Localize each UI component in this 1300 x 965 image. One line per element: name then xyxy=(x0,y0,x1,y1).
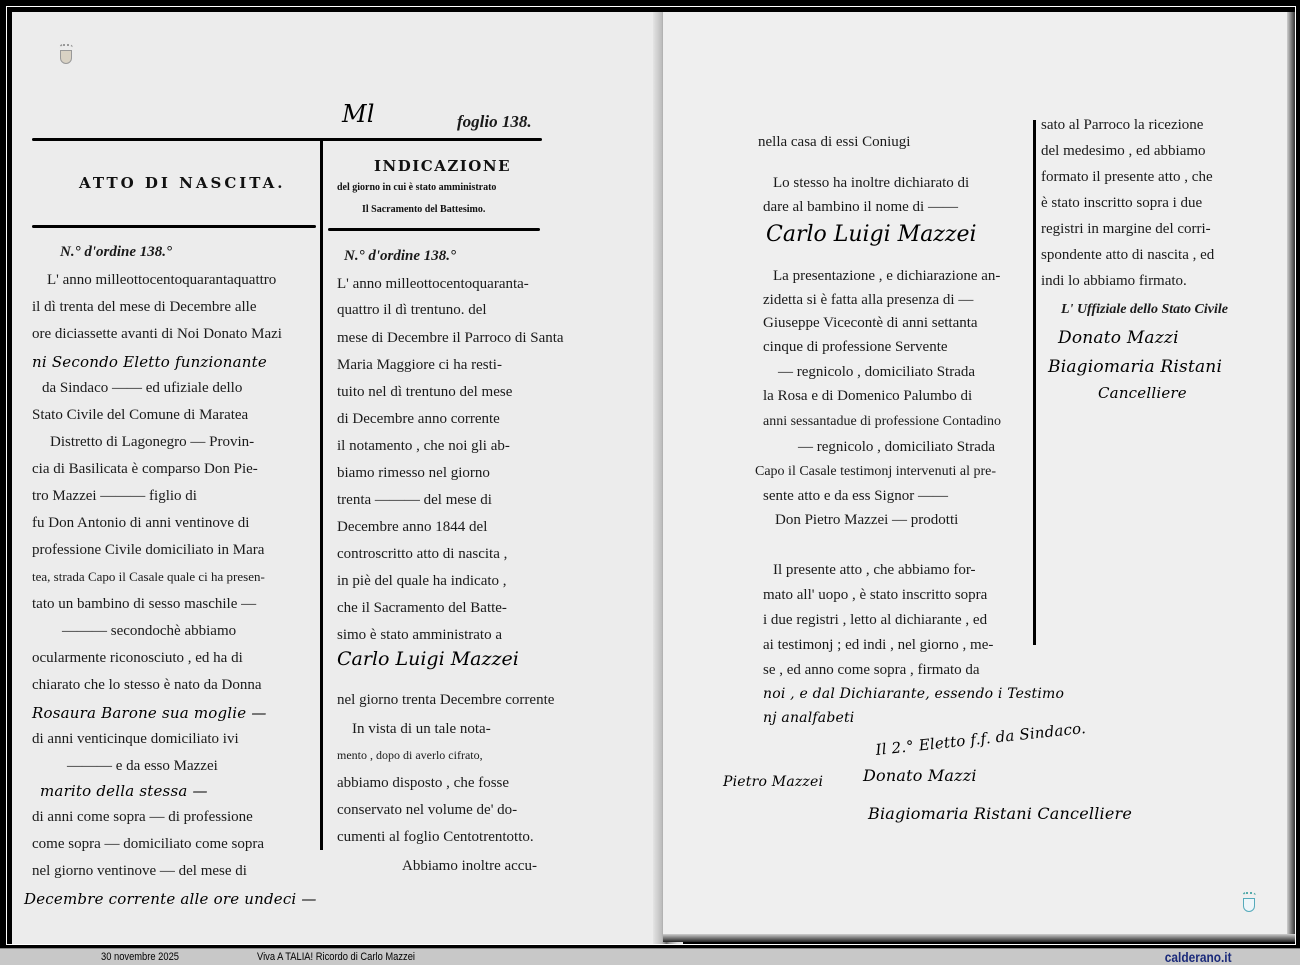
text-line: noi , e dal Dichiarante, essendo i Testi… xyxy=(763,686,1064,702)
donato-signature: Donato Mazzi xyxy=(863,766,977,785)
text-line: quattro il dì trentuno. del xyxy=(337,302,487,319)
text-line: simo è stato amministrato a xyxy=(337,627,502,644)
text-line: ——— e da esso Mazzei xyxy=(67,758,218,775)
cancelliere-signature: Biagiomaria Ristani Cancelliere xyxy=(868,804,1132,823)
officer-title: L' Uffiziale dello Stato Civile xyxy=(1061,302,1228,318)
text-line: i due registri , letto al dichiarante , … xyxy=(763,612,987,629)
middle-header-rule xyxy=(328,228,540,231)
text-line: Maria Maggiore ci ha resti- xyxy=(337,357,502,374)
text-line: come sopra — domiciliato come sopra xyxy=(32,836,264,853)
declarant-signature: Pietro Mazzei xyxy=(723,774,823,790)
text-line: di anni venticinque domiciliato ivi xyxy=(32,731,239,748)
text-line: Stato Civile del Comune di Maratea xyxy=(32,407,248,424)
scan-area: Ml foglio 138. ATTO DI NASCITA. INDICAZI… xyxy=(6,6,1296,945)
chancellor-signature: Biagiomaria Ristani xyxy=(1048,357,1222,377)
text-line: ocularmente riconosciuto , ed ha di xyxy=(32,650,243,667)
right-column-divider xyxy=(1033,120,1036,645)
text-line: anni sessantadue di professione Contadin… xyxy=(763,414,1001,430)
text-line: Il presente atto , che abbiamo for- xyxy=(773,562,976,579)
text-line: abbiamo disposto , che fosse xyxy=(337,775,509,792)
right-page: nella casa di essi Coniugi Lo stesso ha … xyxy=(663,12,1295,942)
text-line: fu Don Antonio di anni ventinove di xyxy=(32,515,249,532)
text-line: zidetta si è fatta alla presenza di — xyxy=(763,292,973,309)
text-line: ore diciassette avanti di Noi Donato Maz… xyxy=(32,326,282,343)
watermark-crest-icon xyxy=(1241,892,1257,912)
text-line: Rosaura Barone sua moglie — xyxy=(32,704,267,722)
officer-signature: Donato Mazzi xyxy=(1058,328,1179,348)
text-line: biamo rimesso nel giorno xyxy=(337,465,490,482)
caption-bar: 30 novembre 2025 Viva A TALIA! Ricordo d… xyxy=(0,948,1300,965)
text-line: è stato inscritto sopra i due xyxy=(1041,195,1202,212)
indication-subtitle-1: del giorno in cui è stato amministrato xyxy=(337,182,496,193)
text-line: nella casa di essi Coniugi xyxy=(758,134,910,151)
text-line: che il Sacramento del Batte- xyxy=(337,600,507,617)
chancellor-title: Cancelliere xyxy=(1098,384,1187,402)
text-line: indi lo abbiamo firmato. xyxy=(1041,273,1187,290)
text-line: nel giorno trenta Decembre corrente xyxy=(337,692,554,709)
folio-mark: Ml xyxy=(342,100,375,128)
text-line: Lo stesso ha inoltre dichiarato di xyxy=(773,175,969,192)
text-line: tea, strada Capo il Casale quale ci ha p… xyxy=(32,569,265,585)
text-line: se , ed anno come sopra , firmato da xyxy=(763,662,980,679)
text-line: L' anno milleottocentoquarantaquattro xyxy=(47,272,276,289)
text-line: Capo il Casale testimonj intervenuti al … xyxy=(755,464,996,480)
text-line: del medesimo , ed abbiamo xyxy=(1041,143,1206,160)
header-top-rule xyxy=(32,138,542,141)
text-line: mato all' uopo , è stato inscritto sopra xyxy=(763,587,987,604)
text-line: Distretto di Lagonegro — Provin- xyxy=(50,434,254,451)
text-line: nj analfabeti xyxy=(763,710,854,726)
text-line: marito della stessa — xyxy=(40,782,208,800)
text-line: Don Pietro Mazzei — prodotti xyxy=(775,512,958,529)
text-line: tuito nel dì trentuno del mese xyxy=(337,384,512,401)
middle-order-number: N.° d'ordine 138.° xyxy=(344,248,456,265)
text-line: in piè del quale ha indicato , xyxy=(337,573,507,590)
text-line: formato il presente atto , che xyxy=(1041,169,1213,186)
indication-subtitle-2: Il Sacramento del Battesimo. xyxy=(362,204,485,215)
municipal-crest-icon xyxy=(58,44,74,64)
indication-title: INDICAZIONE xyxy=(374,157,511,175)
text-line: — regnicolo , domiciliato Strada xyxy=(798,439,995,456)
text-line: registri in margine del corri- xyxy=(1041,221,1211,238)
text-line: ai testimonj ; ed indi , nel giorno , me… xyxy=(763,637,993,654)
text-line: Decembre corrente alle ore undeci — xyxy=(24,890,317,908)
text-line: nel giorno ventinove — del mese di xyxy=(32,863,247,880)
site-link[interactable]: calderano.it xyxy=(1165,949,1232,965)
text-line: In vista di un tale nota- xyxy=(352,721,491,738)
text-line: conservato nel volume de' do- xyxy=(337,802,517,819)
text-line: L' anno milleottocentoquaranta- xyxy=(337,276,529,293)
text-line: chiarato che lo stesso è nato da Donna xyxy=(32,677,262,694)
text-line: cumenti al foglio Centotrentotto. xyxy=(337,829,534,846)
text-line: mento , dopo di averlo cifrato, xyxy=(337,748,483,763)
baptized-name: Carlo Luigi Mazzei xyxy=(337,648,519,670)
text-line: ——— secondochè abbiamo xyxy=(62,623,236,640)
text-line: di anni come sopra — di professione xyxy=(32,809,253,826)
text-line: cinque di professione Servente xyxy=(763,339,948,356)
text-line: professione Civile domiciliato in Mara xyxy=(32,542,264,559)
text-line: il dì trenta del mese di Decembre alle xyxy=(32,299,257,316)
text-line: il notamento , che noi gli ab- xyxy=(337,438,510,455)
folio-label: foglio 138. xyxy=(457,112,532,132)
text-line: tato un bambino di sesso maschile — xyxy=(32,596,256,613)
text-line: da Sindaco —— ed ufiziale dello xyxy=(42,380,242,397)
text-line: la Rosa e di Domenico Palumbo di xyxy=(763,388,972,405)
text-line: mese di Decembre il Parroco di Santa xyxy=(337,330,564,347)
left-page: Ml foglio 138. ATTO DI NASCITA. INDICAZI… xyxy=(12,12,662,945)
text-line: controscritto atto di nascita , xyxy=(337,546,507,563)
text-line: dare al bambino il nome di —— xyxy=(763,199,958,216)
text-line: di Decembre anno corrente xyxy=(337,411,500,428)
text-line: sente atto e da ess Signor —— xyxy=(763,488,948,505)
text-line: La presentazione , e dichiarazione an- xyxy=(773,268,1000,285)
page-edge-shadow xyxy=(1287,12,1295,942)
column-divider xyxy=(320,138,323,850)
text-line: sato al Parroco la ricezione xyxy=(1041,117,1203,134)
image-frame: Ml foglio 138. ATTO DI NASCITA. INDICAZI… xyxy=(0,0,1300,948)
page-bottom-edge xyxy=(663,934,1295,942)
caption-text: Viva A TALIA! Ricordo di Carlo Mazzei xyxy=(257,951,415,963)
text-line: trenta ——— del mese di xyxy=(337,492,492,509)
left-header-rule xyxy=(32,225,316,228)
caption-date: 30 novembre 2025 xyxy=(101,951,179,963)
text-line: — regnicolo , domiciliato Strada xyxy=(778,364,975,381)
eletto-signature: Il 2.° Eletto f.f. da Sindaco. xyxy=(875,719,1087,759)
text-line: tro Mazzei ——— figlio di xyxy=(32,488,197,505)
text-line: ni Secondo Eletto funzionante xyxy=(32,353,267,371)
text-line: Decembre anno 1844 del xyxy=(337,519,487,536)
left-order-number: N.° d'ordine 138.° xyxy=(60,244,172,261)
birth-act-title: ATTO DI NASCITA. xyxy=(79,174,285,192)
text-line: Abbiamo inoltre accu- xyxy=(402,858,537,875)
text-line: spondente atto di nascita , ed xyxy=(1041,247,1214,264)
text-line: Giuseppe Vicecontè di anni settanta xyxy=(763,315,978,332)
text-line: cia di Basilicata è comparso Don Pie- xyxy=(32,461,258,478)
child-name: Carlo Luigi Mazzei xyxy=(766,222,977,247)
